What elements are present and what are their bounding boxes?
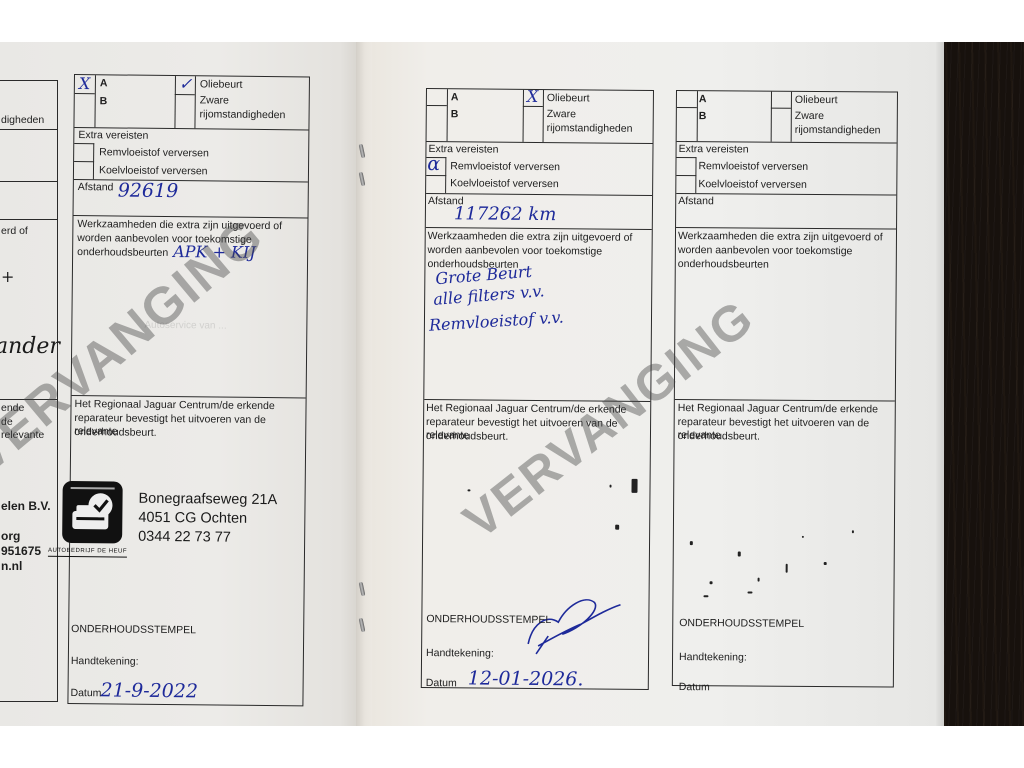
label-oil-service: Oliebeurt <box>795 94 838 107</box>
fragment-text: elen B.V. <box>1 499 51 514</box>
label-brake-fluid: Remvloeistof verversen <box>450 160 560 174</box>
service-entry-2: A B X Oliebeurt Zware rijomstandigheden … <box>421 88 654 690</box>
label-confirm-1: Het Regionaal Jaguar Centrum/de erkende <box>426 402 626 417</box>
label-extra-work-3: onderhoudsbeurten <box>678 258 769 272</box>
date-value: 12-01-2026. <box>468 667 584 692</box>
service-entry-3: A B Oliebeurt Zware rijomstandigheden Ex… <box>672 90 898 688</box>
label-extra-work-2: worden aanbevolen voor toekomstige <box>678 244 853 258</box>
label-date: Datum <box>679 681 710 694</box>
checkmark-a: X <box>79 74 91 94</box>
label-extra-work-2: worden aanbevolen voor toekomstige <box>428 244 603 259</box>
label-a: A <box>699 93 707 106</box>
distance-value: 117262 km <box>454 203 557 226</box>
label-confirm-3: onderhoudsbeurt. <box>426 430 508 444</box>
label-distance: Afstand <box>78 181 114 194</box>
label-extra-work-1: Werkzaamheden die extra zijn uitgevoerd … <box>428 230 633 245</box>
label-oil-service: Oliebeurt <box>200 78 243 92</box>
label-extra-requirements: Extra vereisten <box>679 143 749 157</box>
label-extra-requirements: Extra vereisten <box>78 129 148 143</box>
label-signature: Handtekening: <box>71 655 139 669</box>
label-stamp: ONDERHOUDSSTEMPEL <box>679 617 804 631</box>
extra-work-value: APK + KIJ <box>173 242 256 263</box>
label-confirm-1: Het Regionaal Jaguar Centrum/de erkende <box>74 398 274 413</box>
label-heavy-2: rijomstandigheden <box>547 122 633 136</box>
label-heavy-2: rijomstandigheden <box>795 124 881 138</box>
label-confirm-1: Het Regionaal Jaguar Centrum/de erkende <box>678 402 878 417</box>
label-date: Datum <box>70 687 101 700</box>
label-stamp: ONDERHOUDSSTEMPEL <box>71 623 196 637</box>
label-b: B <box>699 110 707 123</box>
partial-form: digheden erd of + ander ende de relevant… <box>0 80 58 702</box>
garage-logo-caption: AUTOBEDRIJF DE HEUF <box>48 548 127 557</box>
label-a: A <box>100 77 108 90</box>
handwriting-fragment: ander <box>0 333 60 361</box>
checkmark-oil: X <box>527 87 539 107</box>
label-stamp: ONDERHOUDSSTEMPEL <box>426 613 551 627</box>
label-a: A <box>451 91 459 104</box>
label-brake-fluid: Remvloeistof verversen <box>698 160 808 174</box>
fragment-text: org <box>1 529 20 544</box>
checkmark-brake-fluid: α <box>427 153 440 177</box>
handwriting-fragment: + <box>1 267 14 287</box>
fragment-text: 951675 <box>1 544 41 559</box>
label-b: B <box>451 108 459 121</box>
date-value: 21-9-2022 <box>100 679 198 704</box>
label-confirm-3: onderhoudsbeurt. <box>678 430 760 444</box>
fragment-text: ende <box>1 402 24 415</box>
label-extra-work-1: Werkzaamheden die extra zijn uitgevoerd … <box>77 218 282 233</box>
stamp-city: 4051 CG Ochten <box>138 509 277 529</box>
label-signature: Handtekening: <box>426 647 494 661</box>
stamp-phone: 0344 22 73 77 <box>138 528 277 548</box>
label-coolant: Koelvloeistof verversen <box>450 177 559 191</box>
label-heavy-1: Zware <box>795 110 824 123</box>
fragment-text: digheden <box>1 114 44 127</box>
label-coolant: Koelvloeistof verversen <box>698 178 807 192</box>
label-signature: Handtekening: <box>679 651 747 665</box>
fragment-text: de relevante <box>1 416 57 442</box>
label-heavy-1: Zware <box>200 94 229 107</box>
label-extra-work-3: onderhoudsbeurten <box>77 246 168 260</box>
label-coolant: Koelvloeistof verversen <box>99 164 208 178</box>
extra-work-line: Remvloeistof v.v. <box>428 308 564 336</box>
label-heavy-2: rijomstandigheden <box>200 108 286 122</box>
garage-logo-icon <box>62 481 123 544</box>
stamp-address: Bonegraafseweg 21A 4051 CG Ochten 0344 2… <box>138 490 277 548</box>
wooden-table <box>944 42 1024 726</box>
distance-value: 92619 <box>118 179 179 203</box>
label-extra-work-1: Werkzaamheden die extra zijn uitgevoerd … <box>678 230 883 245</box>
service-entry-1: X A B ✓ Oliebeurt Zware rijomstandighede… <box>67 74 310 706</box>
stamp-street: Bonegraafseweg 21A <box>138 490 277 510</box>
label-distance: Afstand <box>678 195 714 208</box>
label-brake-fluid: Remvloeistof verversen <box>99 146 209 160</box>
label-confirm-3: onderhoudsbeurt. <box>74 426 156 440</box>
fragment-text: erd of <box>1 225 28 238</box>
fragment-text: n.nl <box>1 559 22 574</box>
label-b: B <box>100 95 108 108</box>
checkmark-oil: ✓ <box>179 74 193 94</box>
booklet-photo: digheden erd of + ander ende de relevant… <box>0 42 1024 726</box>
label-date: Datum <box>426 677 457 690</box>
label-heavy-1: Zware <box>547 108 576 121</box>
label-oil-service: Oliebeurt <box>547 92 590 105</box>
